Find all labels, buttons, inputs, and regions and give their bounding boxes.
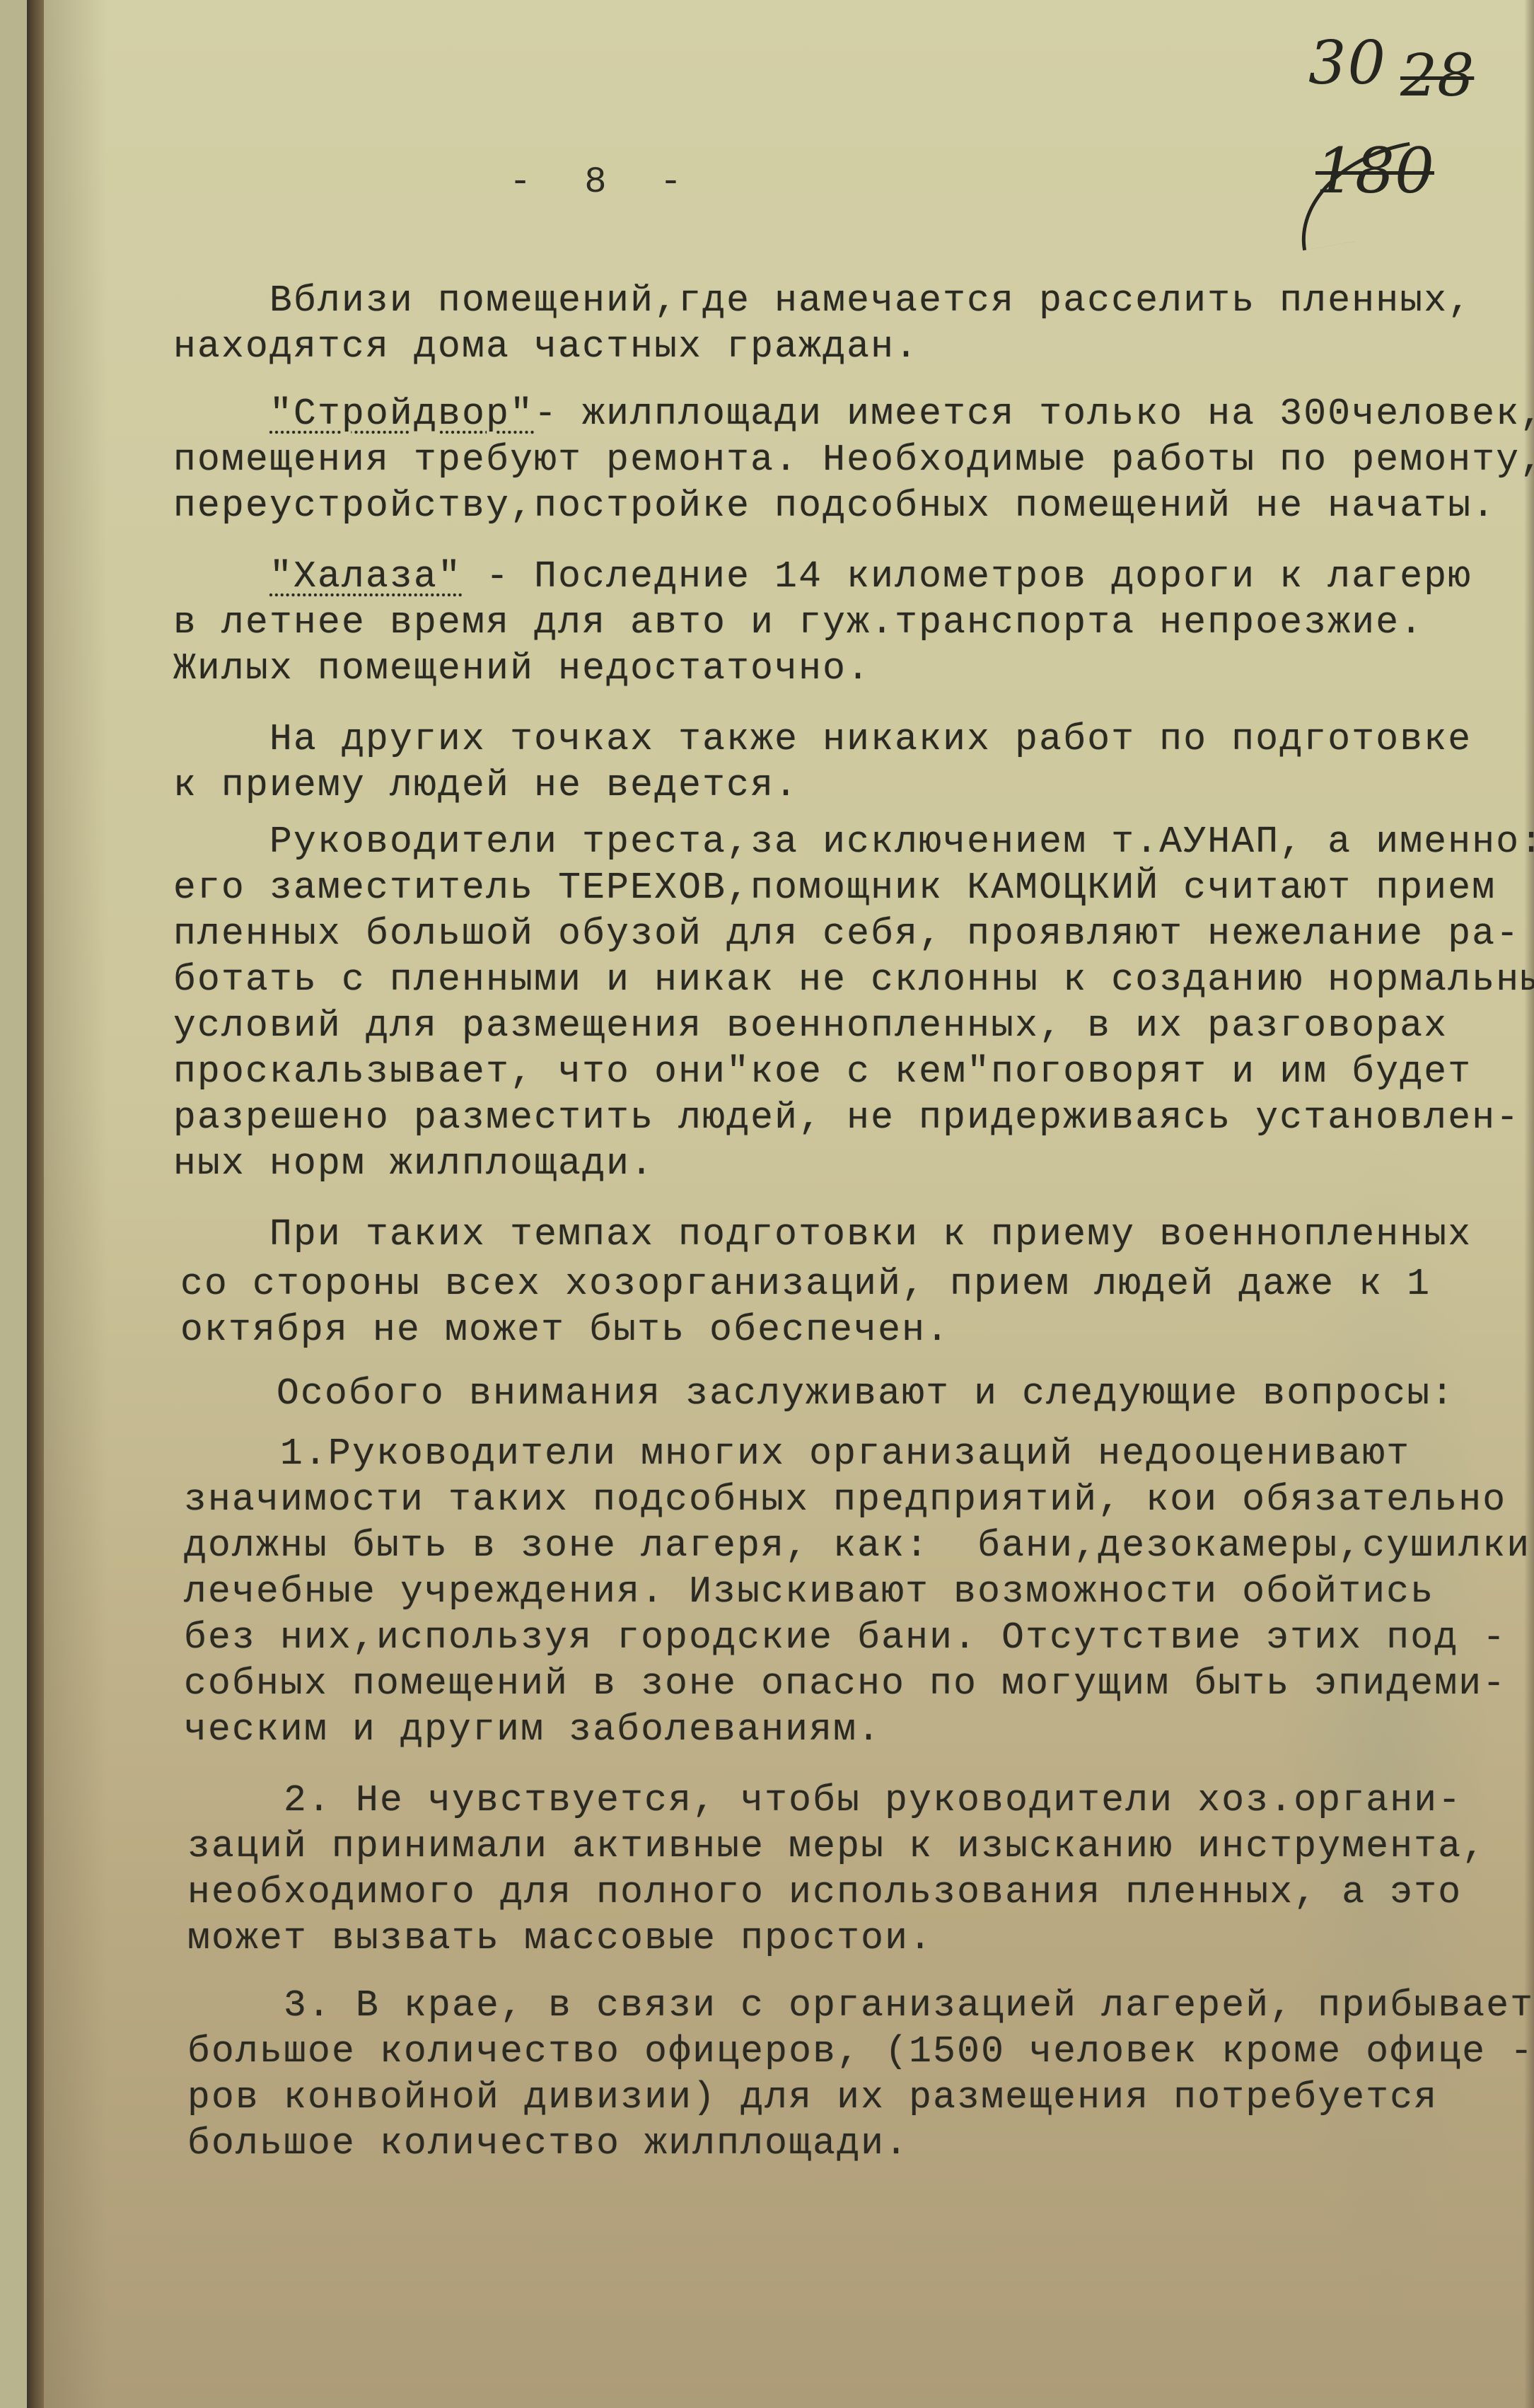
text-line: большое количество жилплощади.: [187, 2122, 909, 2165]
text-line: "Стройдвор"- жилплощади имеется только н…: [173, 393, 1534, 435]
text-line: переустройству,постройке подсобных помещ…: [173, 485, 1496, 527]
text-line: ров конвойной дивизии) для их размещения…: [187, 2076, 1438, 2119]
text-line: без них,используя городские бани. Отсутс…: [184, 1616, 1506, 1659]
text-line: может вызвать массовые простои.: [187, 1917, 933, 1960]
text-line: разрешено разместить людей, не придержив…: [173, 1096, 1520, 1139]
text-line: На других точках также никаких работ по …: [173, 718, 1472, 760]
underlined-organization-name: "Халаза": [269, 555, 462, 598]
text-line: 2. Не чувствуется, чтобы руководители хо…: [187, 1779, 1462, 1822]
text-line: должны быть в зоне лагеря, как: бани,дез…: [184, 1524, 1534, 1567]
text-line: Жилых помещений недостаточно.: [173, 647, 871, 690]
text-line: значимости таких подсобных предприятий, …: [184, 1478, 1506, 1521]
text-line: ных норм жилплощади.: [173, 1142, 654, 1185]
paper-stain: [1279, 1132, 1492, 2334]
text-line: ботать с пленными и никак не склонны к с…: [173, 959, 1534, 1001]
text-line: в летнее время для авто и гуж.транспорта…: [173, 601, 1424, 644]
text-line: условий для размещения военнопленных, в …: [173, 1005, 1448, 1047]
page-number: - 8 -: [509, 161, 697, 203]
page-shadow: [44, 0, 108, 2408]
text-line: Вблизи помещений,где намечается расселит…: [173, 279, 1472, 322]
text-line: лечебные учреждения. Изыскивают возможно…: [184, 1570, 1434, 1613]
text-line: необходимого для полного использования п…: [187, 1871, 1462, 1914]
text-line: 1.Руководители многих организаций недооц…: [184, 1432, 1410, 1475]
text-line: проскальзывает, что они"кое с кем"погово…: [173, 1050, 1472, 1093]
text-line: помещения требуют ремонта. Необходимые р…: [173, 439, 1534, 481]
text-line: октября не может быть обеспечен.: [180, 1309, 950, 1351]
text-line: к приему людей не ведется.: [173, 764, 798, 806]
folio-struck-previous: 28: [1400, 42, 1474, 110]
text-line: "Халаза" - Последние 14 километров дорог…: [173, 555, 1472, 598]
text-line: со стороны всех хозорганизаций, прием лю…: [180, 1263, 1431, 1305]
text-line: заций принимали активные меры к изыскани…: [187, 1825, 1486, 1868]
binding-edge: [27, 0, 44, 2408]
text-line: 3. В крае, в связи с организацией лагере…: [187, 1984, 1534, 2027]
text-line: Руководители треста,за исключением т.АУН…: [173, 821, 1534, 863]
folio-struck-lower: 180: [1315, 134, 1434, 207]
text-line: При таких темпах подготовки к приему вое…: [173, 1213, 1472, 1256]
text-line: собных помещений в зоне опасно по могущи…: [184, 1662, 1506, 1705]
text-line: Особого внимания заслуживают и следующие…: [180, 1372, 1455, 1415]
text-line: пленных большой обузой для себя, проявля…: [173, 913, 1520, 955]
text-line: ческим и другим заболеваниям.: [184, 1708, 881, 1751]
text-line: находятся дома частных граждан.: [173, 325, 919, 368]
underlined-organization-name: "Стройдвор": [269, 393, 534, 435]
text-line: большое количество офицеров, (1500 челов…: [187, 2030, 1534, 2073]
text-line: его заместитель ТЕРЕХОВ,помощник КАМОЦКИ…: [173, 867, 1496, 909]
folio-current: 30: [1308, 28, 1387, 98]
background-strip: [0, 0, 28, 2408]
